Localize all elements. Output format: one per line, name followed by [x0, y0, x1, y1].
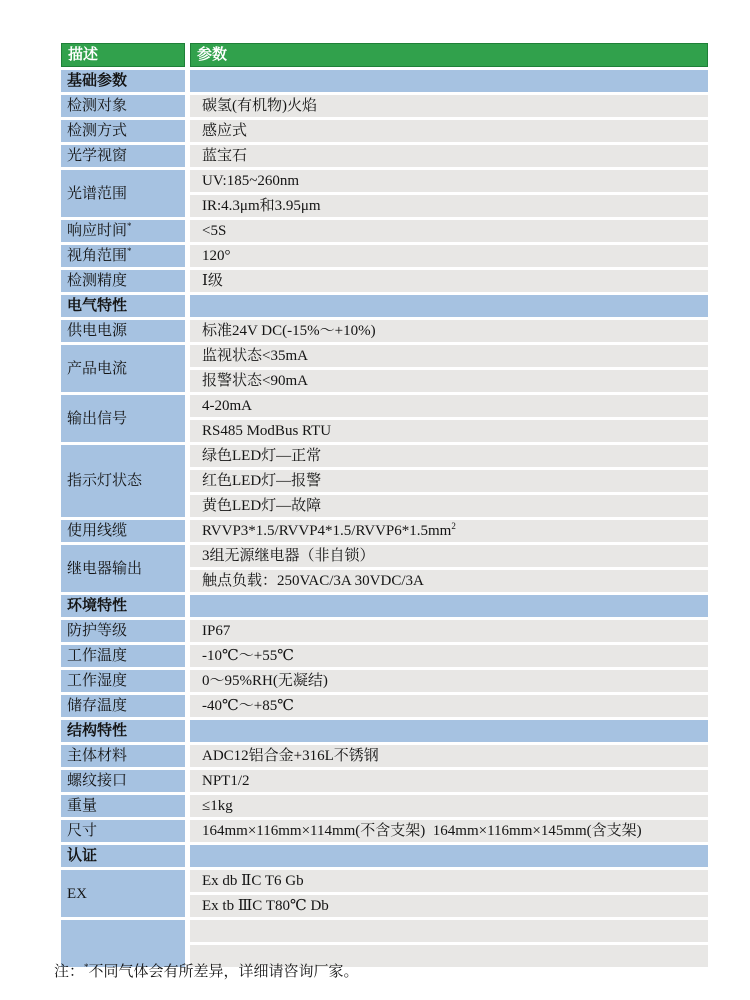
spec-row: 光谱范围UV:185~260nm	[61, 170, 708, 192]
spec-value: -40℃～+85℃	[190, 695, 708, 717]
spec-label: 输出信号	[61, 395, 185, 442]
spec-label: 产品电流	[61, 345, 185, 392]
spec-label: 工作温度	[61, 645, 185, 667]
spec-value: 蓝宝石	[190, 145, 708, 167]
spec-row: 工作湿度0～95%RH(无凝结)	[61, 670, 708, 692]
spec-row: 检测方式感应式	[61, 120, 708, 142]
spec-label: 储存温度	[61, 695, 185, 717]
spec-label: 工作湿度	[61, 670, 185, 692]
spec-value: Ⅰ级	[190, 270, 708, 292]
spec-label: 检测对象	[61, 95, 185, 117]
spec-label: EX	[61, 870, 185, 917]
spec-row: 供电电源标准24V DC(-15%～+10%)	[61, 320, 708, 342]
spec-value: UV:185~260nm	[190, 170, 708, 192]
spec-row	[61, 920, 708, 942]
section-fill	[190, 845, 708, 867]
value-superscript: 2	[451, 521, 456, 531]
spec-value: 触点负载：250VAC/3A 30VDC/3A	[190, 570, 708, 592]
spec-row: 使用线缆RVVP3*1.5/RVVP4*1.5/RVVP6*1.5mm2	[61, 520, 708, 542]
spec-label: 主体材料	[61, 745, 185, 767]
spec-value: ≤1kg	[190, 795, 708, 817]
spec-row: EXEx db ⅡC T6 Gb	[61, 870, 708, 892]
label-asterisk: *	[127, 221, 132, 231]
spec-value: 164mm×116mm×114mm(不含支架) 164mm×116mm×145m…	[190, 820, 708, 842]
section-label: 电气特性	[61, 295, 185, 317]
spec-value: 3组无源继电器（非自锁）	[190, 545, 708, 567]
spec-label: 光学视窗	[61, 145, 185, 167]
spec-table: 描述 参数 基础参数检测对象碳氢(有机物)火焰检测方式感应式光学视窗蓝宝石光谱范…	[56, 40, 713, 970]
spec-label: 继电器输出	[61, 545, 185, 592]
spec-value: ADC12铝合金+316L不锈钢	[190, 745, 708, 767]
spec-label: 供电电源	[61, 320, 185, 342]
spec-row: 检测精度Ⅰ级	[61, 270, 708, 292]
spec-row: 指示灯状态绿色LED灯—正常	[61, 445, 708, 467]
spec-label: 响应时间*	[61, 220, 185, 242]
section-fill	[190, 595, 708, 617]
spec-value: IR:4.3μm和3.95μm	[190, 195, 708, 217]
spec-value: IP67	[190, 620, 708, 642]
spec-value: RVVP3*1.5/RVVP4*1.5/RVVP6*1.5mm2	[190, 520, 708, 542]
section-label: 认证	[61, 845, 185, 867]
section-row: 环境特性	[61, 595, 708, 617]
spec-label: 光谱范围	[61, 170, 185, 217]
spec-row: 螺纹接口NPT1/2	[61, 770, 708, 792]
footnote-prefix: 注：	[54, 964, 84, 980]
spec-value: 红色LED灯—报警	[190, 470, 708, 492]
section-row: 结构特性	[61, 720, 708, 742]
spec-value: 黄色LED灯—故障	[190, 495, 708, 517]
spec-value: 0～95%RH(无凝结)	[190, 670, 708, 692]
spec-label: 使用线缆	[61, 520, 185, 542]
column-header-description: 描述	[61, 43, 185, 67]
section-row: 认证	[61, 845, 708, 867]
spec-value: <5S	[190, 220, 708, 242]
spec-row: 视角范围*120°	[61, 245, 708, 267]
spec-table-body: 基础参数检测对象碳氢(有机物)火焰检测方式感应式光学视窗蓝宝石光谱范围UV:18…	[61, 70, 708, 967]
spec-row: 检测对象碳氢(有机物)火焰	[61, 95, 708, 117]
spec-label	[61, 920, 185, 967]
section-label: 结构特性	[61, 720, 185, 742]
spec-label: 检测方式	[61, 120, 185, 142]
spec-row: 尺寸164mm×116mm×114mm(不含支架) 164mm×116mm×14…	[61, 820, 708, 842]
section-row: 电气特性	[61, 295, 708, 317]
spec-value: 绿色LED灯—正常	[190, 445, 708, 467]
spec-value	[190, 920, 708, 942]
spec-value: 监视状态<35mA	[190, 345, 708, 367]
spec-row: 储存温度-40℃～+85℃	[61, 695, 708, 717]
spec-row: 重量≤1kg	[61, 795, 708, 817]
spec-value: Ex tb ⅢC T80℃ Db	[190, 895, 708, 917]
spec-value: 感应式	[190, 120, 708, 142]
table-header-row: 描述 参数	[61, 43, 708, 67]
section-fill	[190, 70, 708, 92]
spec-row: 响应时间*<5S	[61, 220, 708, 242]
spec-label: 检测精度	[61, 270, 185, 292]
spec-value: 120°	[190, 245, 708, 267]
section-fill	[190, 720, 708, 742]
spec-label: 视角范围*	[61, 245, 185, 267]
spec-label: 防护等级	[61, 620, 185, 642]
spec-row: 产品电流监视状态<35mA	[61, 345, 708, 367]
footnote-text: 不同气体会有所差异，详细请咨询厂家。	[89, 964, 359, 980]
spec-label: 尺寸	[61, 820, 185, 842]
spec-row: 主体材料ADC12铝合金+316L不锈钢	[61, 745, 708, 767]
spec-row: 继电器输出3组无源继电器（非自锁）	[61, 545, 708, 567]
spec-value: NPT1/2	[190, 770, 708, 792]
footnote: 注：*不同气体会有所差异，详细请咨询厂家。	[54, 962, 359, 982]
spec-value: 碳氢(有机物)火焰	[190, 95, 708, 117]
spec-sheet-page: 描述 参数 基础参数检测对象碳氢(有机物)火焰检测方式感应式光学视窗蓝宝石光谱范…	[0, 0, 750, 1000]
spec-row: 输出信号4-20mA	[61, 395, 708, 417]
spec-value: 报警状态<90mA	[190, 370, 708, 392]
spec-value: RS485 ModBus RTU	[190, 420, 708, 442]
spec-label: 指示灯状态	[61, 445, 185, 517]
spec-row: 工作温度-10℃～+55℃	[61, 645, 708, 667]
label-asterisk: *	[127, 246, 132, 256]
column-header-parameter: 参数	[190, 43, 708, 67]
spec-value: -10℃～+55℃	[190, 645, 708, 667]
section-fill	[190, 295, 708, 317]
section-row: 基础参数	[61, 70, 708, 92]
spec-label: 重量	[61, 795, 185, 817]
spec-row: 防护等级IP67	[61, 620, 708, 642]
section-label: 基础参数	[61, 70, 185, 92]
spec-value: 4-20mA	[190, 395, 708, 417]
section-label: 环境特性	[61, 595, 185, 617]
spec-row: 光学视窗蓝宝石	[61, 145, 708, 167]
spec-label: 螺纹接口	[61, 770, 185, 792]
spec-value: Ex db ⅡC T6 Gb	[190, 870, 708, 892]
spec-value: 标准24V DC(-15%～+10%)	[190, 320, 708, 342]
